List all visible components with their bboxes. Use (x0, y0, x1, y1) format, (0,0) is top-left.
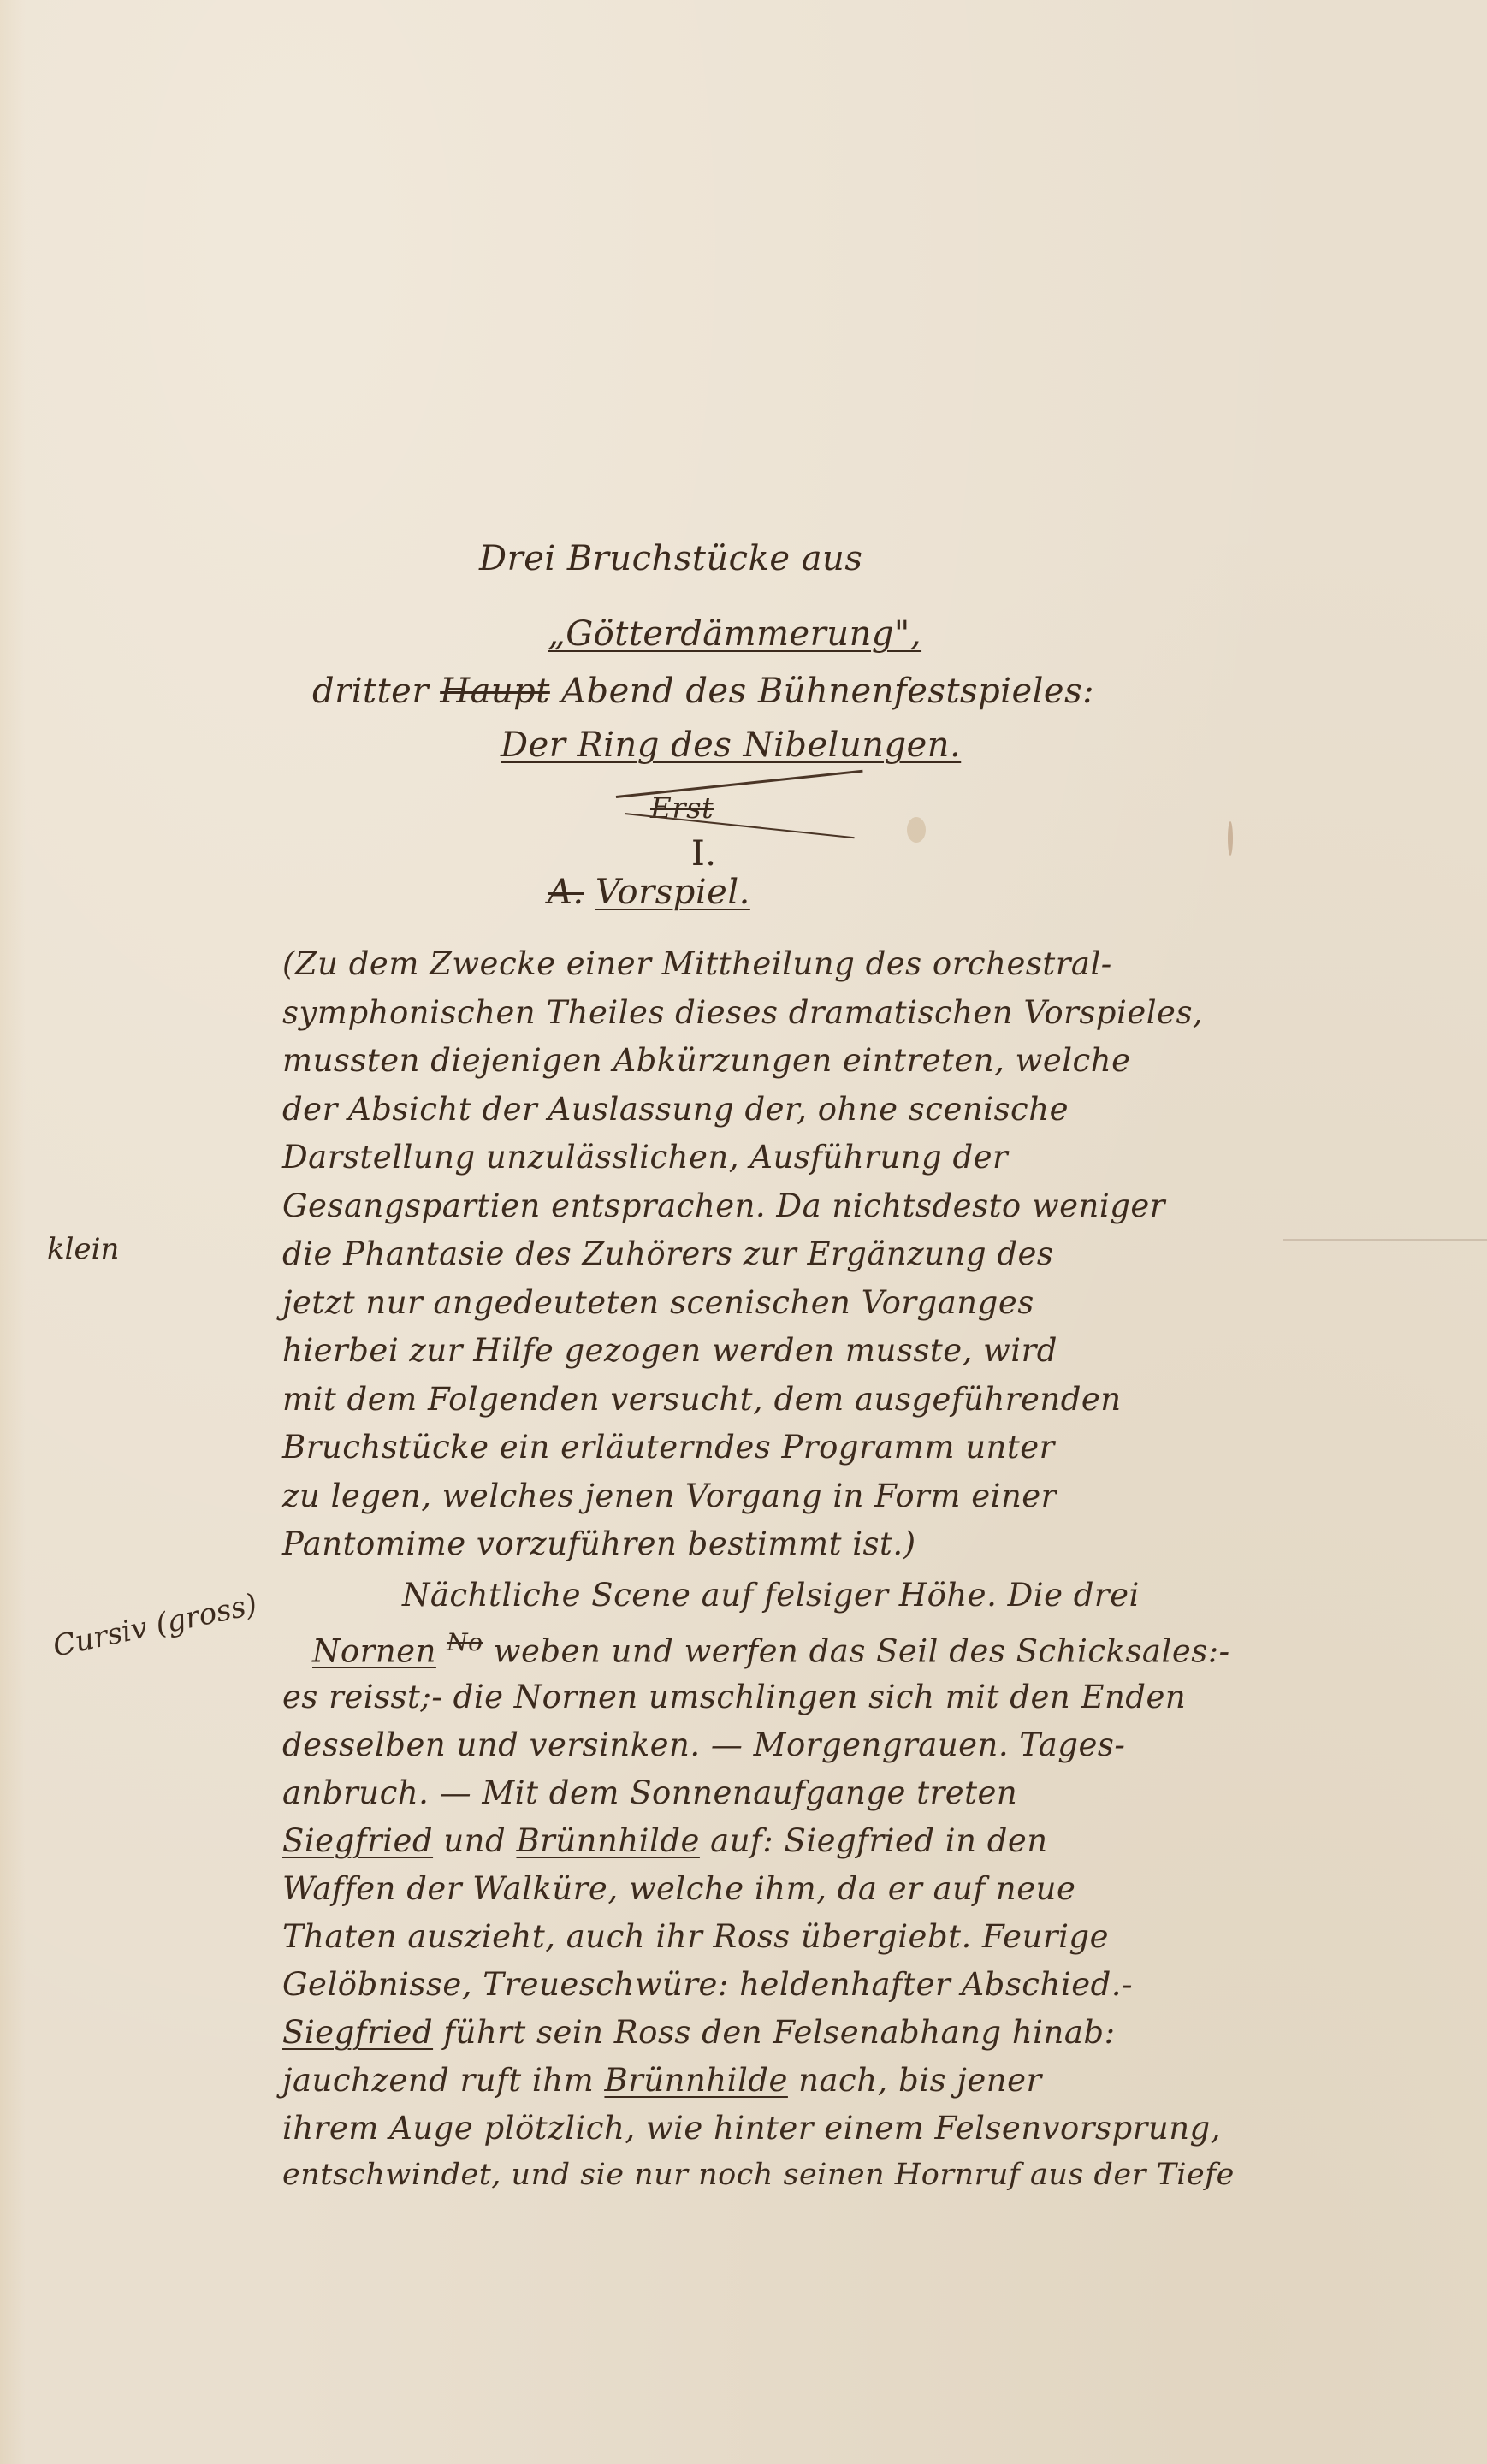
paragraph1-line: Gesangspartien entsprachen. Da nichtsdes… (282, 1188, 1165, 1224)
paragraph2-text: und (443, 1822, 506, 1859)
paper-mark (1228, 821, 1233, 856)
paragraph2-text: jauchzend ruft ihm (282, 2062, 594, 2099)
cross-out-stroke (625, 813, 855, 838)
paragraph2-line: es reisst;- die Nornen umschlingen sich … (282, 1679, 1186, 1715)
paragraph2-text: weben und werfen das Seil des Schicksale… (494, 1632, 1230, 1669)
margin-note-cursiv-gross: Cursiv (gross) (50, 1587, 259, 1664)
paragraph2-line: jauchzend ruft ihm Brünnhilde nach, bis … (282, 2062, 1042, 2099)
manuscript-page: Drei Bruchstücke aus „Götterdämmerung", … (0, 0, 1487, 2464)
paragraph2-line: anbruch. — Mit dem Sonnenaufgange treten (282, 1774, 1017, 1811)
struck-section-letter: A. (548, 873, 584, 912)
paragraph1-line: mussten diejenigen Abkürzungen eintreten… (282, 1042, 1131, 1079)
name-bruennhilde: Brünnhilde (516, 1822, 699, 1859)
paragraph1-line: Bruchstücke ein erläuterndes Programm un… (282, 1429, 1055, 1466)
section-numeral: I. (691, 834, 717, 874)
paragraph2-line: Waffen der Walküre, welche ihm, da er au… (282, 1870, 1075, 1907)
section-heading: A. Vorspiel. (548, 873, 750, 912)
paragraph1-line: der Absicht der Auslassung der, ohne sce… (282, 1091, 1069, 1128)
cross-out-stroke (616, 770, 863, 798)
paragraph2-line: Gelöbnisse, Treueschwüre: heldenhafter A… (282, 1966, 1133, 2003)
heading-line-3: dritter Haupt Abend des Bühnenfestspiele… (312, 672, 1094, 711)
paragraph1-line: zu legen, welches jenen Vorgang in Form … (282, 1478, 1057, 1514)
paragraph1-line: Darstellung unzulässlichen, Ausführung d… (282, 1139, 1008, 1176)
ink-stain (907, 817, 926, 843)
heading-cycle-title: Der Ring des Nibelungen. (501, 726, 961, 765)
paragraph2-line: Nächtliche Scene auf felsiger Höhe. Die … (402, 1577, 1140, 1614)
heading-work-title: „Götterdämmerung", (548, 614, 921, 654)
paragraph2-line: Thaten auszieht, auch ihr Ross übergiebt… (282, 1918, 1109, 1955)
struck-word-haupt: Haupt (440, 672, 550, 711)
name-bruennhilde: Brünnhilde (604, 2062, 787, 2099)
paragraph1-line: (Zu dem Zwecke einer Mittheilung des orc… (282, 945, 1112, 982)
nornen-word: Nornen (312, 1632, 436, 1669)
section-title-vorspiel: Vorspiel. (595, 873, 750, 912)
paragraph1-line: hierbei zur Hilfe gezogen werden musste,… (282, 1332, 1057, 1369)
heading-line3-suffix: Abend des Bühnenfestspieles: (561, 672, 1094, 711)
paragraph2-line: entschwindet, und sie nur noch seinen Ho… (282, 2158, 1235, 2192)
heading-line-1: Drei Bruchstücke aus (479, 539, 862, 578)
paragraph2-line: Siegfried führt sein Ross den Felsenabha… (282, 2014, 1116, 2051)
name-siegfried: Siegfried (282, 1822, 433, 1859)
paragraph1-line: jetzt nur angedeuteten scenischen Vorgan… (282, 1284, 1034, 1321)
name-siegfried: Siegfried (282, 2014, 433, 2051)
paragraph2-line: ihrem Auge plötzlich, wie hinter einem F… (282, 2110, 1221, 2147)
paragraph2-line: Nornen No weben und werfen das Seil des … (312, 1628, 1230, 1669)
heading-line3-prefix: dritter (312, 672, 429, 711)
paragraph1-line: Pantomime vorzuführen bestimmt ist.) (282, 1525, 916, 1562)
paragraph2-text: führt sein Ross den Felsenabhang hinab: (443, 2014, 1115, 2051)
paragraph1-line: mit dem Folgenden versucht, dem ausgefüh… (282, 1381, 1122, 1418)
paragraph2-line: Siegfried und Brünnhilde auf: Siegfried … (282, 1822, 1048, 1859)
paper-fold (1283, 1239, 1487, 1241)
struck-no: No (447, 1628, 483, 1656)
paragraph2-line: desselben und versinken. — Morgengrauen.… (282, 1727, 1125, 1763)
paragraph2-text: nach, bis jener (798, 2062, 1042, 2099)
margin-note-klein: klein (47, 1232, 119, 1266)
paragraph1-line: die Phantasie des Zuhörers zur Ergänzung… (282, 1235, 1053, 1272)
paragraph1-line: symphonischen Theiles dieses dramatische… (282, 994, 1203, 1031)
paragraph2-text: auf: Siegfried in den (710, 1822, 1047, 1859)
